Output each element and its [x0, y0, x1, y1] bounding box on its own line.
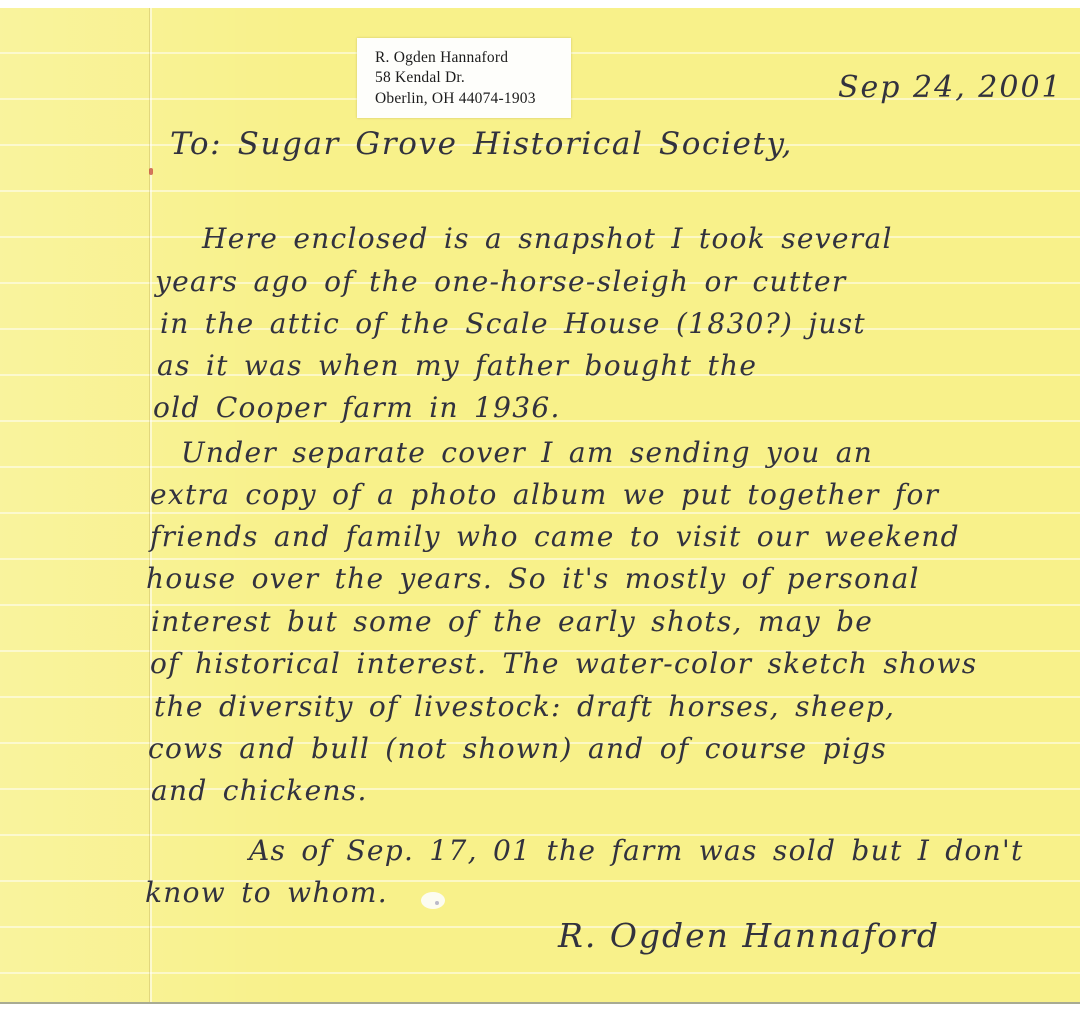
letter-paper: R. Ogden Hannaford 58 Kendal Dr. Oberlin… [0, 8, 1080, 1004]
letter-line: the diversity of livestock: draft horses… [154, 690, 895, 723]
letter-line: in the attic of the Scale House (1830?) … [160, 307, 866, 340]
return-address-label: R. Ogden Hannaford 58 Kendal Dr. Oberlin… [357, 38, 571, 118]
salutation-line: To: Sugar Grove Historical Society, [170, 126, 793, 162]
signature: R. Ogden Hannaford [558, 916, 940, 955]
letter-line: extra copy of a photo album we put toget… [150, 478, 939, 511]
letter-line: cows and bull (not shown) and of course … [148, 732, 887, 765]
letter-date: Sep 24, 2001 [838, 70, 1063, 105]
letter-line: Here enclosed is a snapshot I took sever… [202, 222, 893, 255]
letter-line: years ago of the one-horse-sleigh or cut… [155, 265, 847, 298]
letter-line: of historical interest. The water-color … [150, 647, 977, 680]
letter-line: know to whom. [145, 876, 388, 909]
letter-line: house over the years. So it's mostly of … [146, 562, 920, 595]
return-address-street: 58 Kendal Dr. [375, 68, 571, 88]
letter-line: as it was when my father bought the [157, 349, 757, 382]
letter-line: interest but some of the early shots, ma… [151, 605, 873, 638]
correction-fluid-mark [421, 892, 445, 909]
letter-line: Under separate cover I am sending you an [181, 436, 873, 469]
letter-line: old Cooper farm in 1936. [153, 391, 561, 424]
letter-line: friends and family who came to visit our… [150, 520, 960, 553]
letter-line: and chickens. [151, 774, 368, 807]
return-address-city: Oberlin, OH 44074-1903 [375, 89, 571, 109]
return-address-name: R. Ogden Hannaford [375, 48, 571, 68]
red-ink-speck [149, 168, 153, 175]
letter-line: As of Sep. 17, 01 the farm was sold but … [249, 834, 1024, 867]
